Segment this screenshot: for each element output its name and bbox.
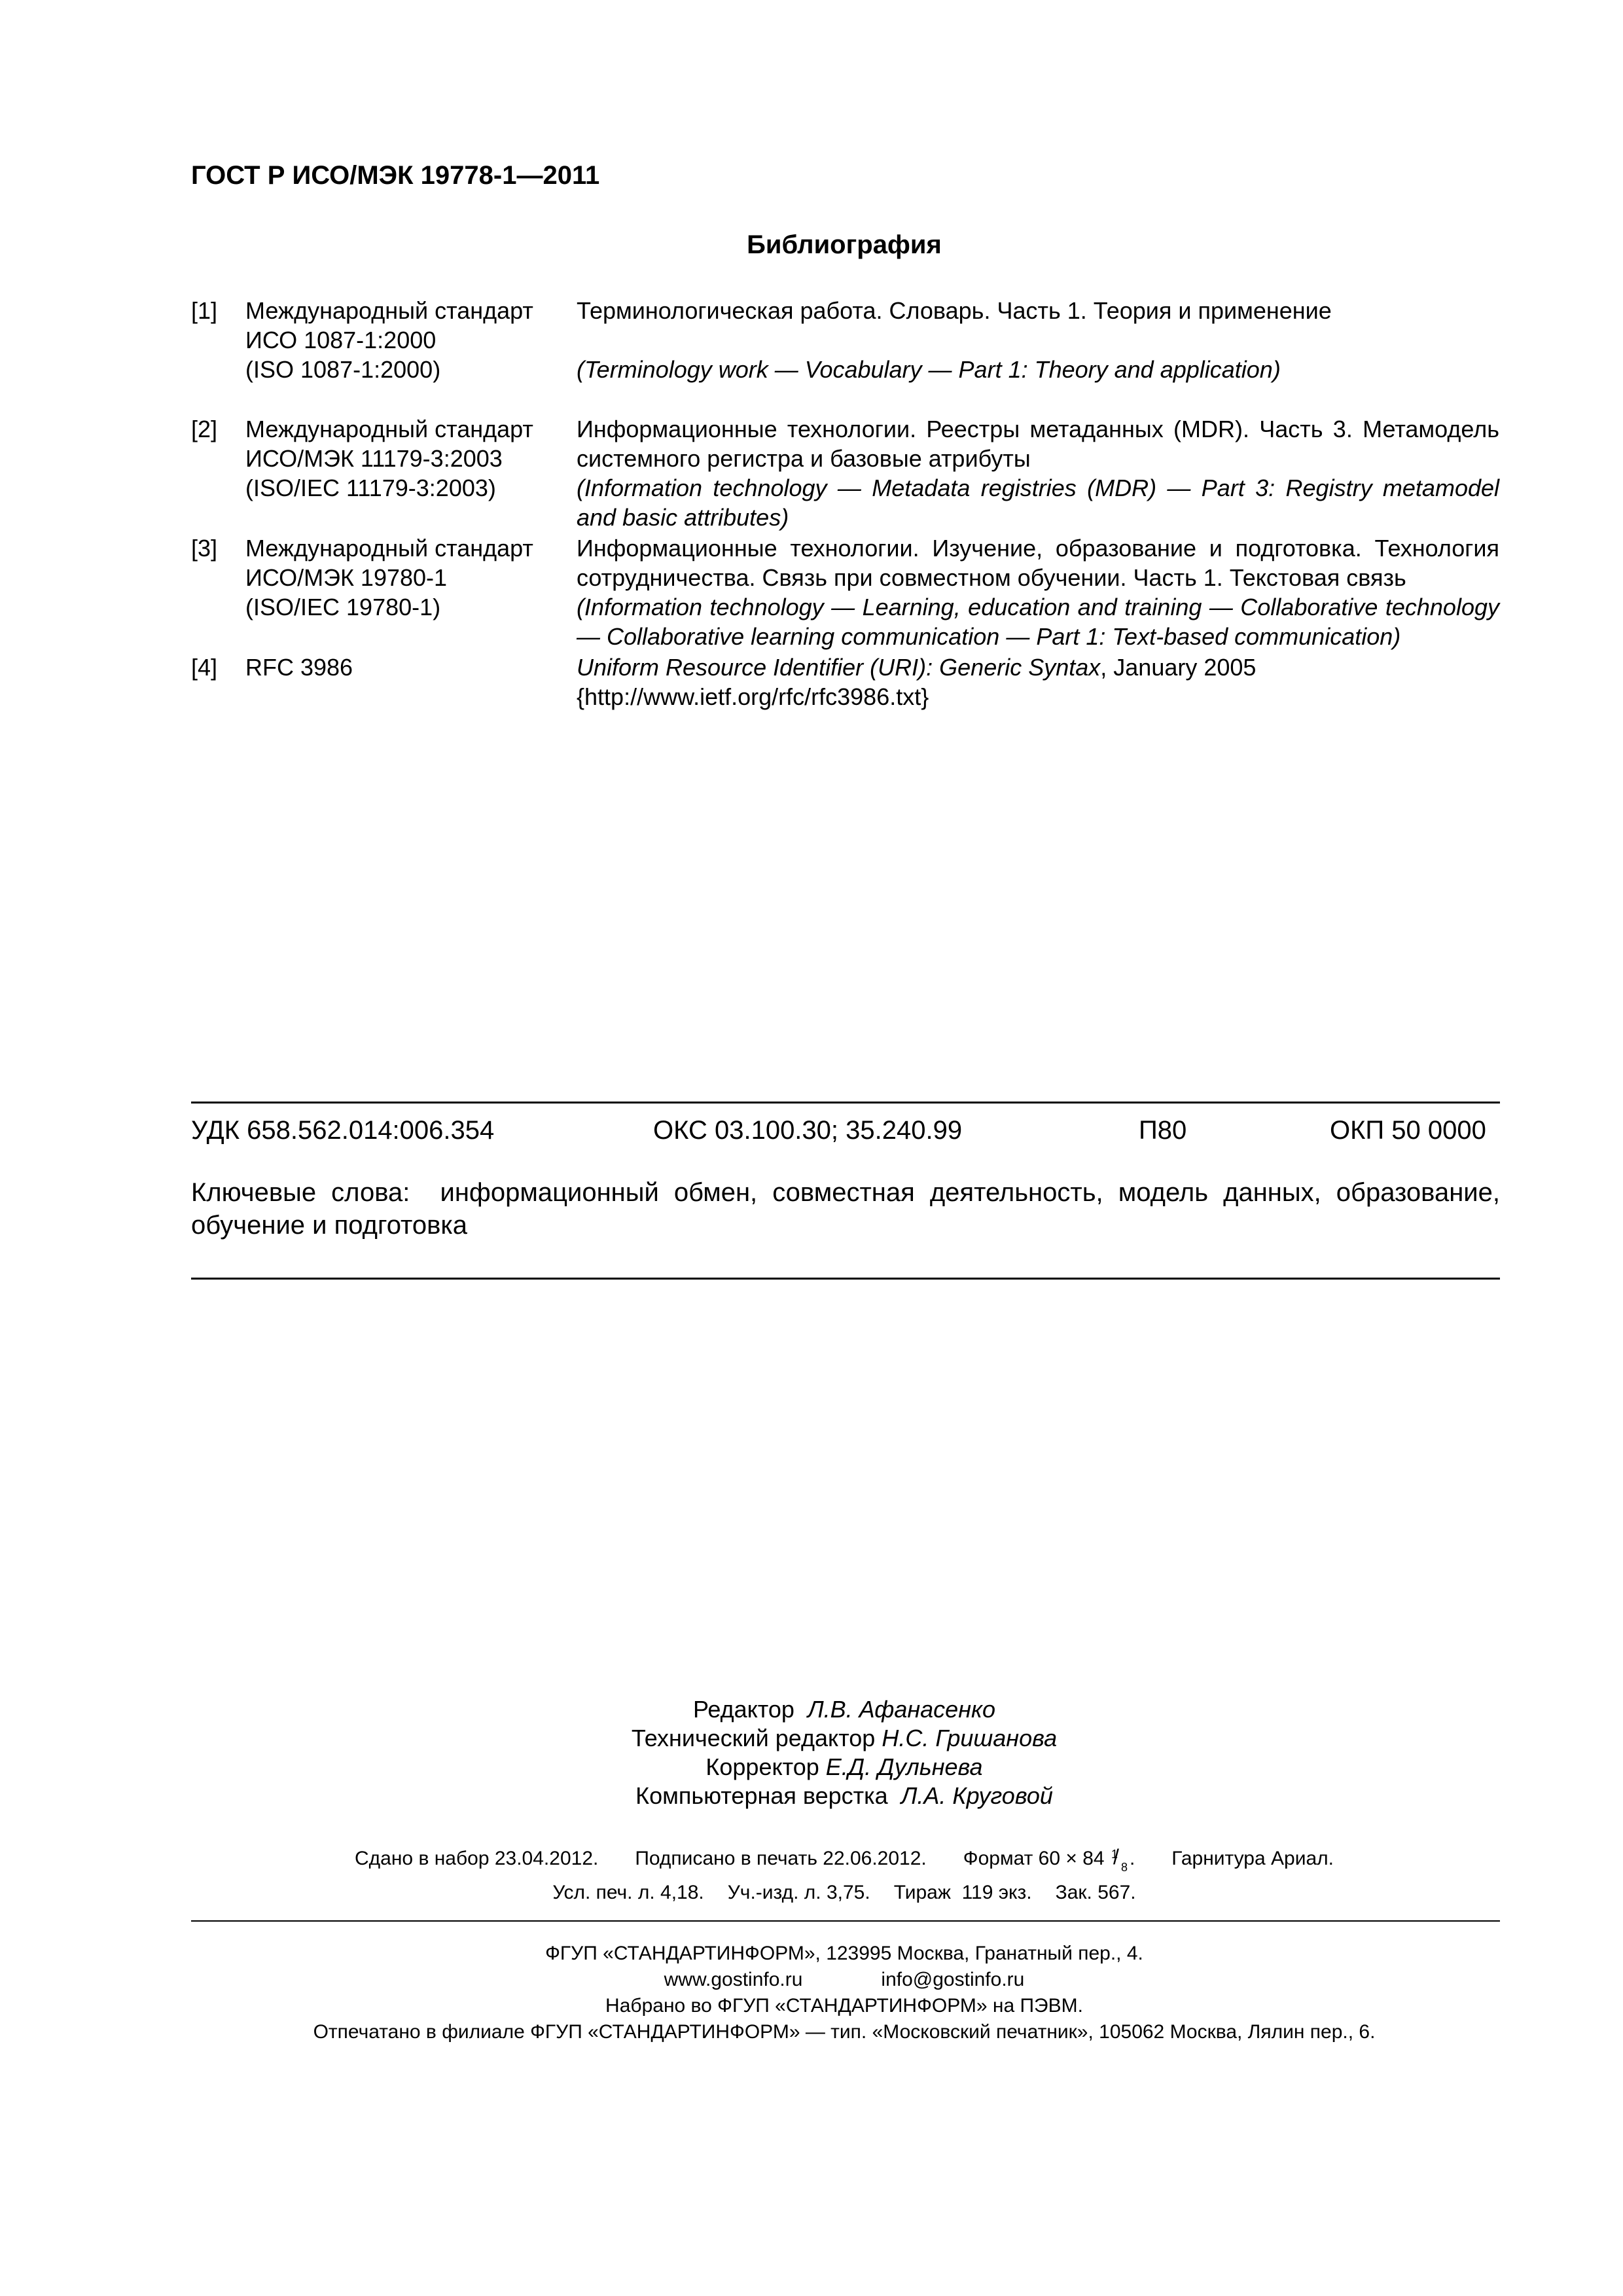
credit-proofreader: Корректор Е.Д. Дульнева	[0, 1753, 1623, 1782]
bibliography-title: Библиография	[0, 230, 1623, 260]
oks-code: ОКС 03.100.30; 35.240.99	[653, 1115, 962, 1146]
credit-role: Технический редактор	[632, 1725, 876, 1751]
publisher-contacts: www.gostinfo.ruinfo@gostinfo.ru	[0, 1967, 1623, 1993]
standard-code-en: (ISO/IEC 11179-3:2003)	[245, 473, 577, 503]
title-italic: Uniform Resource Identifier (URI): Gener…	[577, 654, 1100, 681]
pub-sheets: Уч.-изд. л. 3,75.	[728, 1882, 870, 1903]
email-link[interactable]: info@gostinfo.ru	[881, 1969, 1024, 1990]
title-ru: Терминологическая работа. Словарь. Часть…	[577, 296, 1499, 325]
document-page: ГОСТ Р ИСО/МЭК 19778-1—2011 Библиография…	[0, 0, 1623, 2296]
format-suffix: .	[1130, 1848, 1135, 1869]
standard-type: Международный стандарт	[245, 414, 577, 444]
divider-top	[191, 1102, 1500, 1103]
standard-type: Международный стандарт	[245, 296, 577, 325]
entry-description: Терминологическая работа. Словарь. Часть…	[577, 296, 1499, 384]
entry-standard: RFC 3986	[245, 653, 577, 682]
title-en: (Terminology work — Vocabulary — Part 1:…	[577, 355, 1499, 384]
credit-name: Е.Д. Дульнева	[826, 1753, 983, 1780]
imprint-line-2: Усл. печ. л. 4,18.Уч.-изд. л. 3,75.Тираж…	[0, 1880, 1623, 1906]
group-code: П80	[1139, 1115, 1186, 1146]
website-link[interactable]: www.gostinfo.ru	[664, 1969, 803, 1990]
credit-name: Л.В. Афанасенко	[808, 1696, 995, 1723]
submitted-date: Сдано в набор 23.04.2012.	[355, 1848, 598, 1869]
entry-number: [3]	[191, 533, 245, 563]
entry-standard: Международный стандарт ИСО/МЭК 11179-3:2…	[245, 414, 577, 503]
standard-code: RFC 3986	[245, 653, 577, 682]
bibliography-entry: [1] Международный стандарт ИСО 1087-1:20…	[191, 296, 1500, 384]
credits-block: Редактор Л.В. Афанасенко Технический ред…	[0, 1695, 1623, 1810]
entry-standard: Международный стандарт ИСО 1087-1:2000 (…	[245, 296, 577, 384]
keywords-label: Ключевые слова:	[191, 1178, 410, 1207]
title-suffix: , January 2005	[1100, 654, 1256, 681]
standard-code-ru: ИСО/МЭК 19780-1	[245, 563, 577, 592]
typeface: Гарнитура Ариал.	[1171, 1848, 1334, 1869]
title-en: (Information technology — Metadata regis…	[577, 473, 1499, 532]
publisher-address: ФГУП «СТАНДАРТИНФОРМ», 123995 Москва, Гр…	[0, 1941, 1623, 1967]
circulation: Тираж 119 экз.	[894, 1882, 1032, 1903]
order-number: Зак. 567.	[1056, 1882, 1136, 1903]
format-fraction: 1/8	[1110, 1848, 1130, 1867]
credit-name: Л.А. Круговой	[901, 1782, 1053, 1809]
entry-number: [4]	[191, 653, 245, 682]
standard-code-ru: ИСО 1087-1:2000	[245, 325, 577, 355]
credit-layout: Компьютерная верстка Л.А. Круговой	[0, 1782, 1623, 1810]
credit-editor: Редактор Л.В. Афанасенко	[0, 1695, 1623, 1724]
okp-code: ОКП 50 0000	[1330, 1115, 1486, 1146]
bibliography-entry: [3] Международный стандарт ИСО/МЭК 19780…	[191, 533, 1500, 651]
standard-code-en: (ISO/IEC 19780-1)	[245, 592, 577, 622]
document-id-header: ГОСТ Р ИСО/МЭК 19778-1—2011	[191, 161, 599, 190]
keywords: Ключевые слова: информационный обмен, со…	[191, 1176, 1500, 1242]
format-prefix: Формат 60 × 84	[963, 1848, 1105, 1869]
udk-code: УДК 658.562.014:006.354	[191, 1115, 494, 1146]
entry-description: Информационные технологии. Изучение, обр…	[577, 533, 1499, 651]
standard-code-en: (ISO 1087-1:2000)	[245, 355, 577, 384]
bibliography-entry: [2] Международный стандарт ИСО/МЭК 11179…	[191, 414, 1500, 532]
title-line: Uniform Resource Identifier (URI): Gener…	[577, 653, 1499, 682]
entry-description: Uniform Resource Identifier (URI): Gener…	[577, 653, 1499, 711]
fraction-denominator: 8	[1121, 1854, 1128, 1880]
bibliography-list: [1] Международный стандарт ИСО 1087-1:20…	[191, 296, 1500, 711]
publisher-block: ФГУП «СТАНДАРТИНФОРМ», 123995 Москва, Гр…	[0, 1941, 1623, 2045]
typeset-info: Набрано во ФГУП «СТАНДАРТИНФОРМ» на ПЭВМ…	[0, 1993, 1623, 2019]
imprint-line-1: Сдано в набор 23.04.2012.Подписано в печ…	[0, 1846, 1623, 1872]
entry-description: Информационные технологии. Реестры метад…	[577, 414, 1499, 532]
credit-role: Компьютерная верстка	[635, 1782, 888, 1809]
title-ru: Информационные технологии. Реестры метад…	[577, 414, 1499, 473]
format: Формат 60 × 84 1/8.	[963, 1848, 1135, 1869]
printed-info: Отпечатано в филиале ФГУП «СТАНДАРТИНФОР…	[0, 2019, 1623, 2045]
credit-role: Корректор	[705, 1753, 819, 1780]
title-en: (Information technology — Learning, educ…	[577, 592, 1499, 651]
signed-date: Подписано в печать 22.06.2012.	[635, 1848, 926, 1869]
credit-role: Редактор	[693, 1696, 794, 1723]
entry-number: [2]	[191, 414, 245, 444]
credit-name: Н.С. Гришанова	[882, 1725, 1057, 1751]
print-sheets: Усл. печ. л. 4,18.	[552, 1882, 704, 1903]
title-ru: Информационные технологии. Изучение, обр…	[577, 533, 1499, 592]
entry-standard: Международный стандарт ИСО/МЭК 19780-1 (…	[245, 533, 577, 622]
spacer	[577, 325, 1499, 355]
entry-number: [1]	[191, 296, 245, 325]
bibliography-entry: [4] RFC 3986 Uniform Resource Identifier…	[191, 653, 1500, 711]
standard-type: Международный стандарт	[245, 533, 577, 563]
standard-code-ru: ИСО/МЭК 11179-3:2003	[245, 444, 577, 473]
divider-bottom	[191, 1278, 1500, 1280]
fraction-slash: /	[1113, 1844, 1119, 1870]
credit-tech-editor: Технический редактор Н.С. Гришанова	[0, 1724, 1623, 1753]
entry-url: {http://www.ietf.org/rfc/rfc3986.txt}	[577, 682, 1499, 711]
divider-imprint	[191, 1920, 1500, 1922]
